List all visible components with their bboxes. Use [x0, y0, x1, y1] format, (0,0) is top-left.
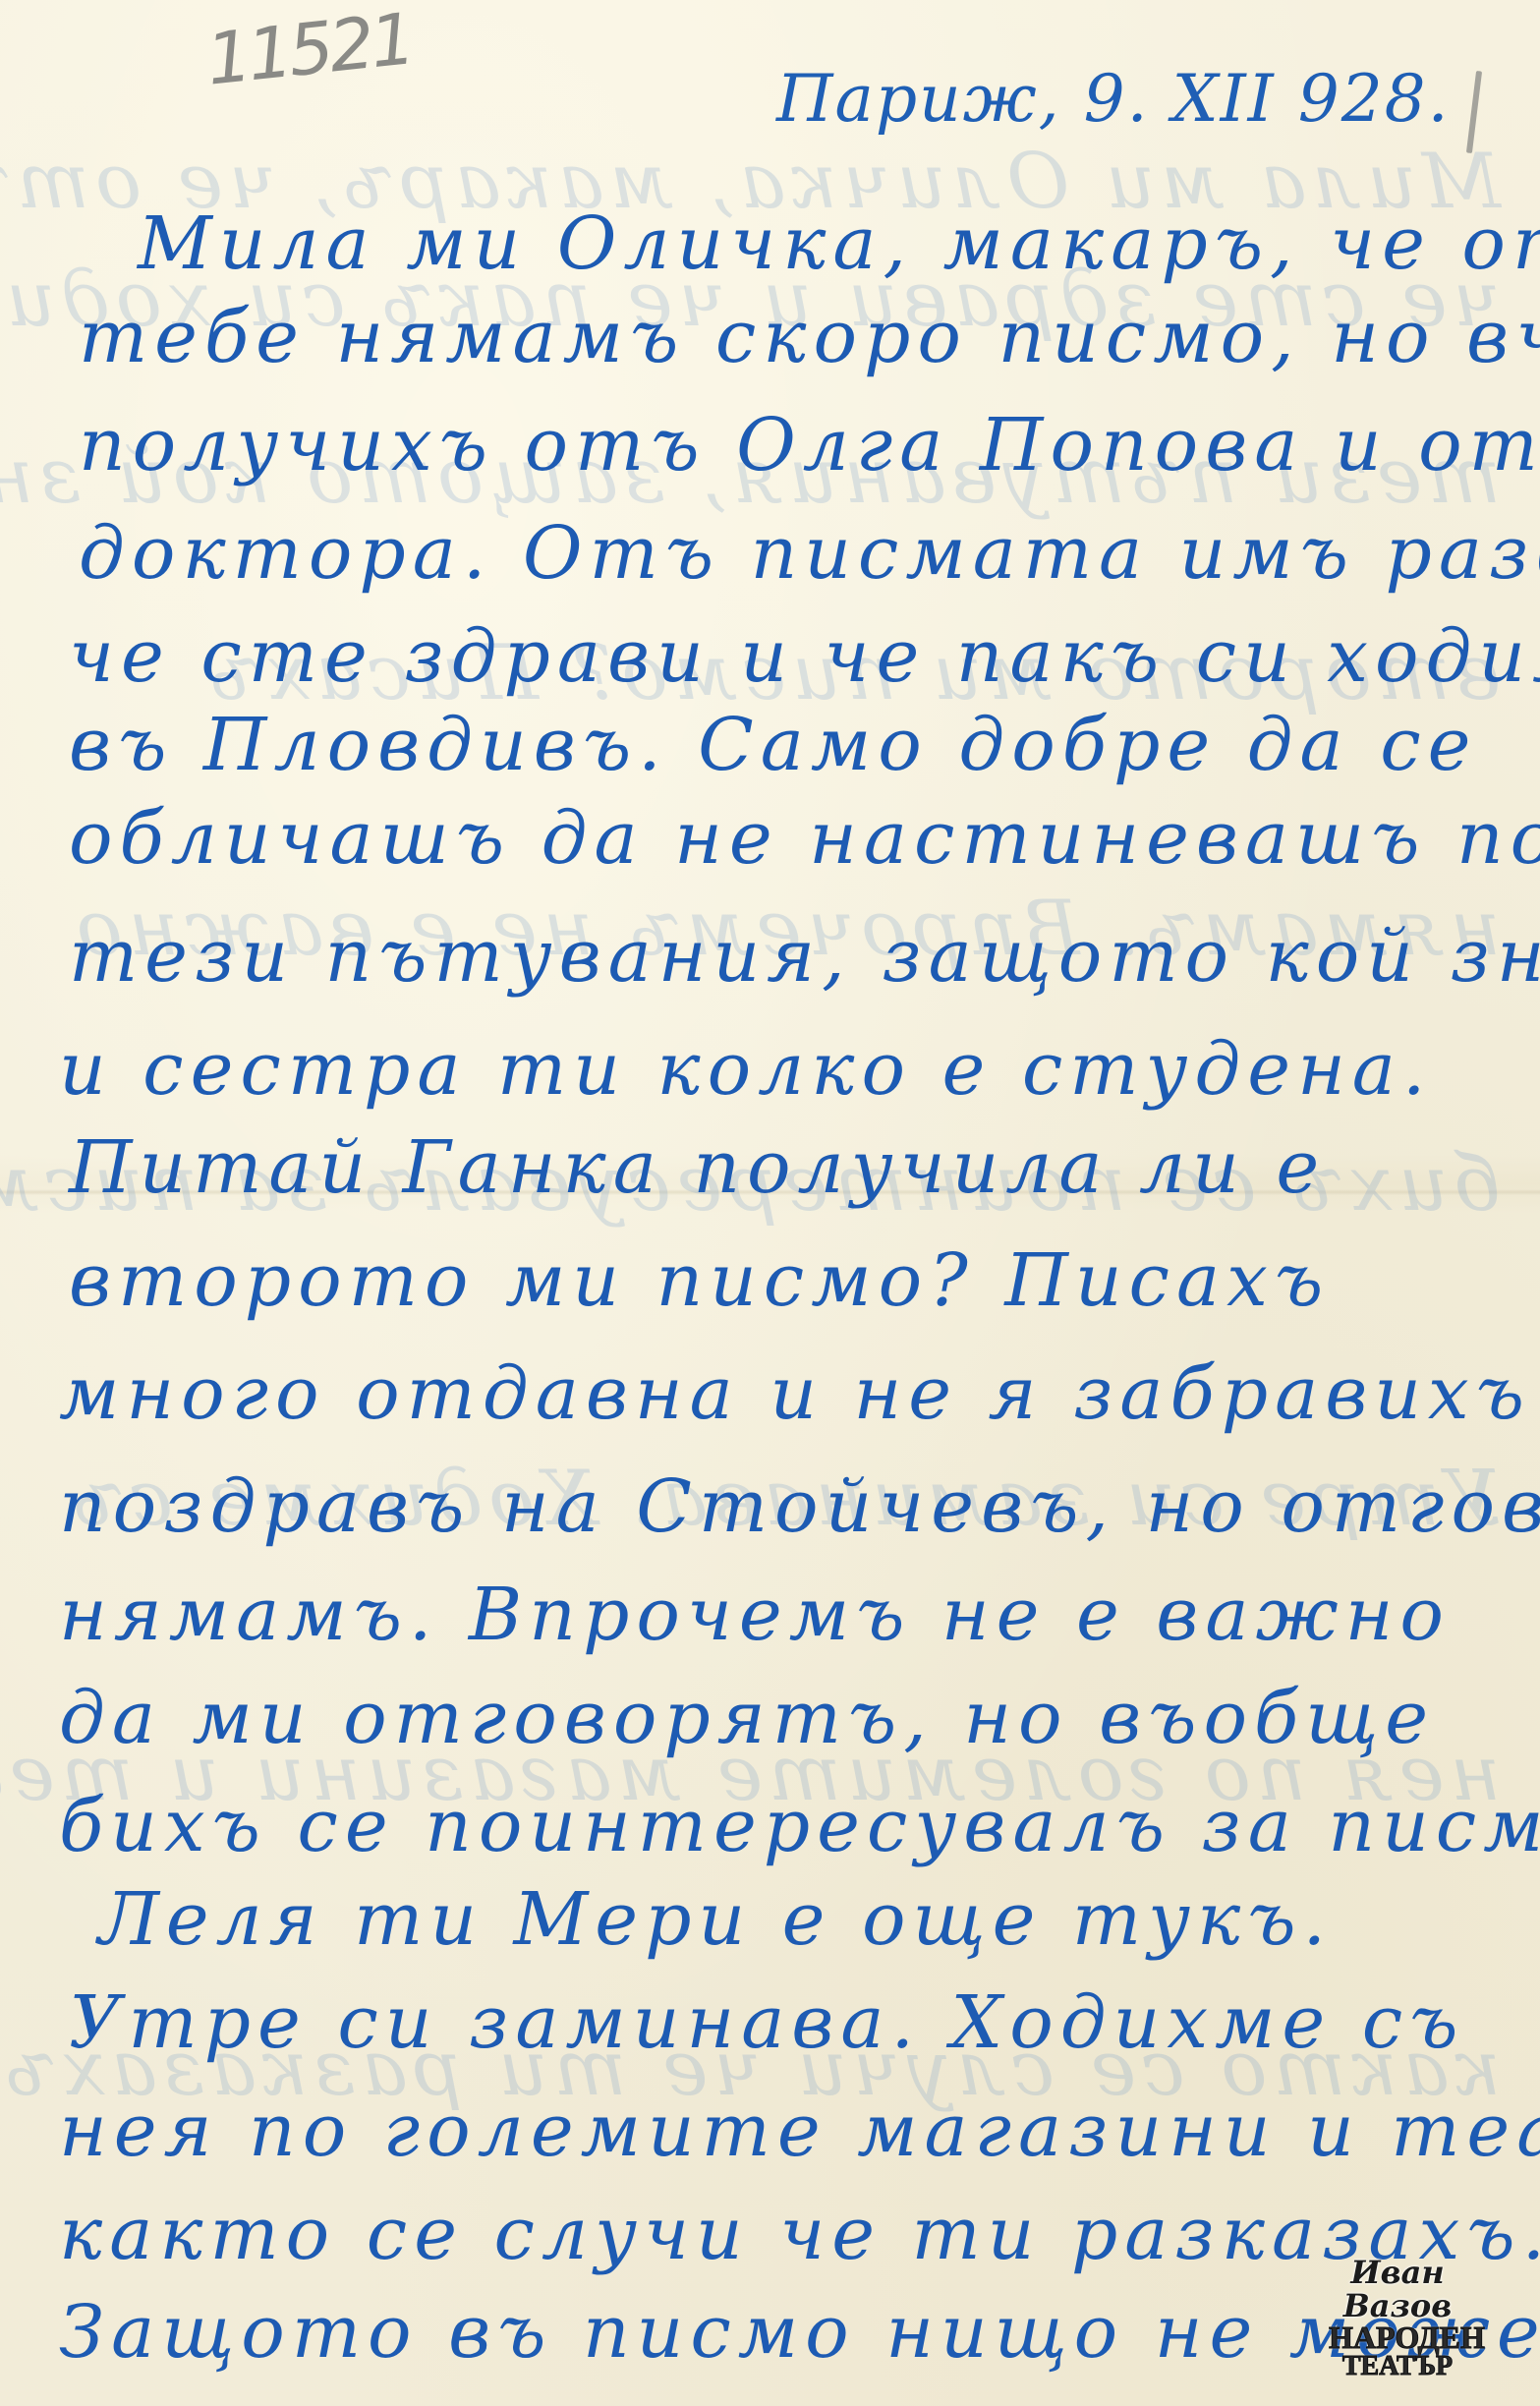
- letter-line: Защото въ писмо нищо не може: [59, 2290, 1540, 2375]
- national-theatre-logo: Иван Вазов НАРОДЕН ТЕАТЪР: [1329, 2256, 1466, 2381]
- letter-line: второто ми писмо? Писахъ: [69, 1238, 1330, 1323]
- letter-line: както се случи че ти разказахъ.: [59, 2192, 1540, 2276]
- letter-line: тези пътувания, защото кой знае: [69, 914, 1540, 999]
- letter-line: нея по големите магазини и театри: [59, 2089, 1540, 2173]
- letter-line: тебе нямамъ скоро писмо, но вчера: [79, 295, 1540, 379]
- letter-line: обличашъ да не настиневашъ по: [69, 796, 1540, 881]
- logo-script: Иван Вазов: [1329, 2256, 1466, 2322]
- logo-line-1: НАРОДЕН: [1329, 2322, 1466, 2352]
- letter-line: получихъ отъ Олга Попова и отъ: [79, 403, 1540, 487]
- date-line: Париж, 9. XII 928.: [776, 61, 1451, 137]
- letter-line: Утре си заминава. Ходихме съ: [69, 1980, 1465, 2065]
- letter-line: Леля ти Мери е още тукъ.: [98, 1877, 1333, 1962]
- letter-line: много отдавна и не я забравихъ: [59, 1351, 1531, 1436]
- letter-line: Питай Ганка получила ли е: [69, 1125, 1326, 1210]
- logo-line-2: ТЕАТЪР: [1329, 2352, 1466, 2381]
- letter-line: Мила ми Оличка, макаръ, че отъ: [138, 201, 1540, 286]
- letter-line: бихъ се поинтересувалъ за писмата.: [59, 1784, 1540, 1868]
- letter-line: нямамъ. Впрочемъ не е важно: [59, 1573, 1451, 1657]
- letter-line: въ Пловдивъ. Само добре да се: [69, 703, 1477, 787]
- letter-line: и сестра ти колко е студена.: [59, 1027, 1432, 1112]
- letter-line: поздравъ на Стойчевъ, но отговоръ: [59, 1464, 1540, 1549]
- letter-line: че сте здрави и че пакъ си ходила: [69, 614, 1540, 699]
- letter-line: да ми отговорятъ, но въобще: [59, 1676, 1435, 1760]
- letter-line: доктора. Отъ писмата имъ разбрахъ: [79, 511, 1540, 596]
